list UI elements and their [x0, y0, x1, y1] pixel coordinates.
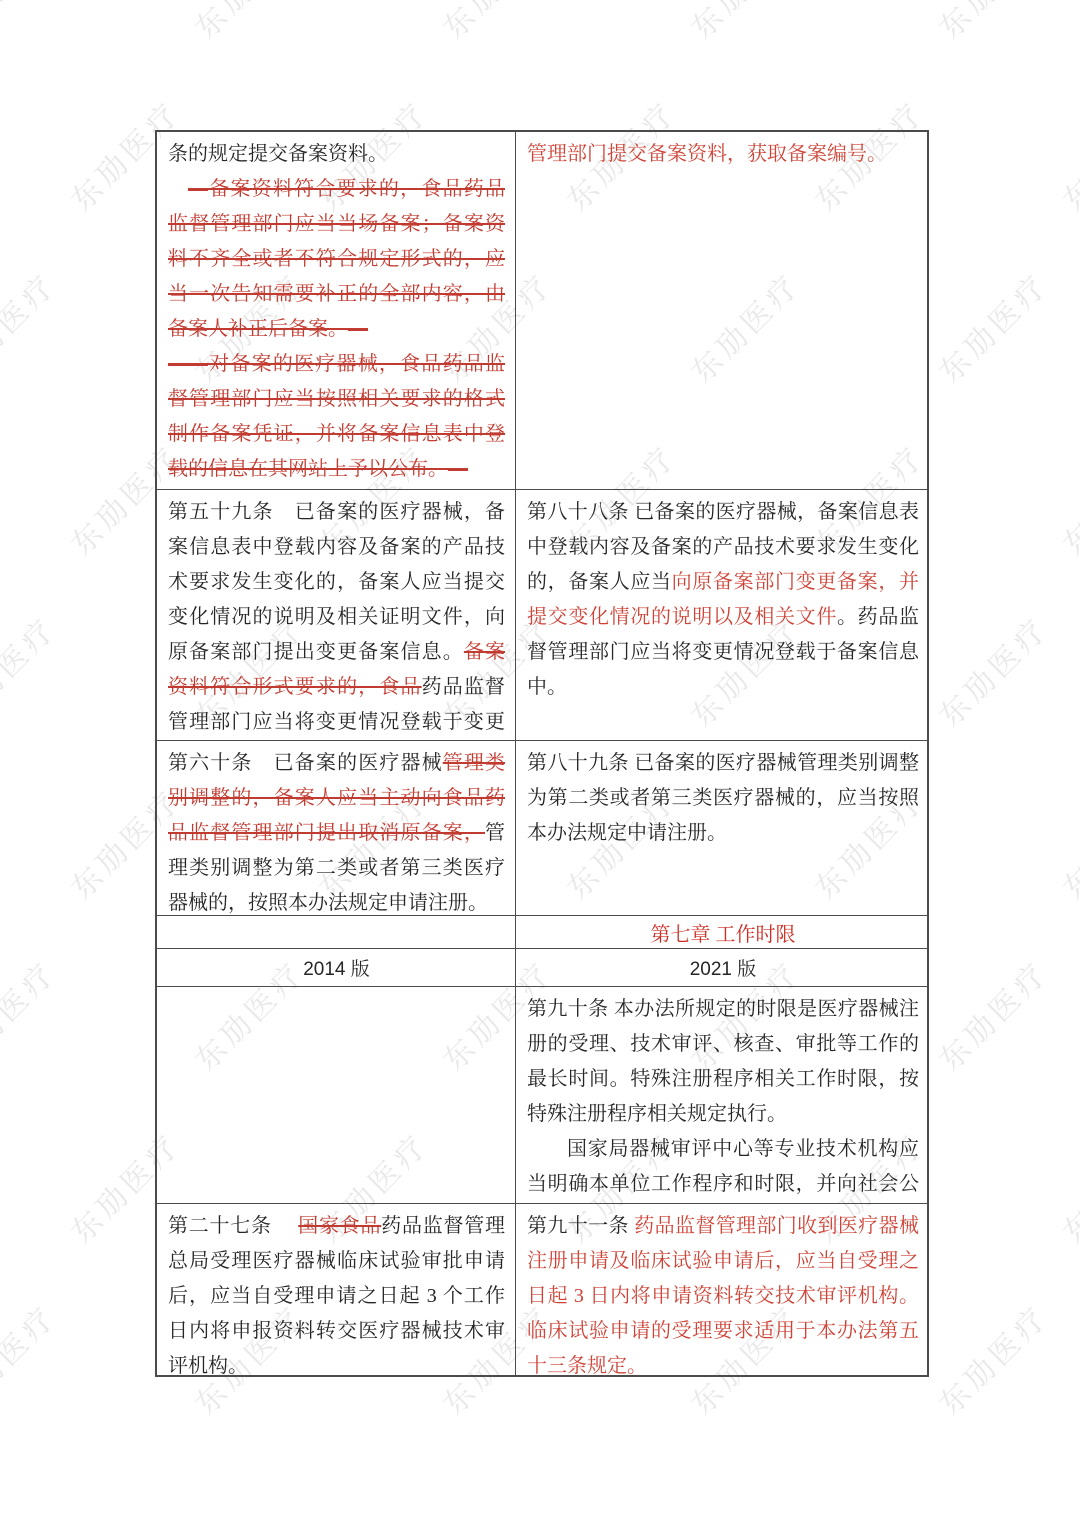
- text-segment-normal: 第九十条 本办法所规定的时限是医疗器械注册的受理、技术审评、核查、审批等工作的最…: [527, 998, 919, 1125]
- text-segment-deleted: —备案资料符合要求的，食品药品监督管理部门应当当场备案；备案资料不齐全或者不符合…: [168, 178, 505, 340]
- paragraph: 2021 版: [527, 954, 919, 981]
- paragraph: 条的规定提交备案资料。: [168, 137, 505, 172]
- watermark-text: 东劢医疗: [1051, 777, 1080, 907]
- regulation-comparison-table: 条的规定提交备案资料。—备案资料符合要求的，食品药品监督管理部门应当当场备案；备…: [155, 130, 929, 1377]
- watermark-text: 东劢医疗: [0, 949, 65, 1079]
- watermark-text: 东劢医疗: [1051, 89, 1080, 219]
- chapter-7-heading-row-right-2021-cell: 第七章 工作时限: [515, 915, 929, 948]
- paragraph: 第八十九条 已备案的医疗器械管理类别调整为第二类或者第三类医疗器械的，应当按照本…: [527, 746, 919, 851]
- watermark-text: 东劢医疗: [0, 0, 65, 47]
- article-27-vs-91-row-right-2021-cell: 第九十一条 药品监督管理部门收到医疗器械注册申请及临床试验申请后，应当自受理之日…: [515, 1203, 929, 1375]
- article-59-vs-88-row-left-2014-cell: 第五十九条 已备案的医疗器械，备案信息表中登载内容及备案的产品技术要求发生变化的…: [157, 489, 515, 740]
- text-segment-normal: 国家局器械审评中心等专业技术机构应当明确本单位工作程序和时限，并向社会公布。: [527, 1138, 919, 1203]
- watermark-text: 东劢医疗: [927, 949, 1057, 1079]
- text-segment-normal: 第八十九条 已备案的医疗器械管理类别调整为第二类或者第三类医疗器械的，应当按照本…: [527, 752, 919, 844]
- watermark-text: 东劢医疗: [1051, 433, 1080, 563]
- text-segment-normal: 第九十一条: [527, 1215, 634, 1237]
- article-59-vs-88-row-right-2021-cell: 第八十八条 已备案的医疗器械，备案信息表中登载内容及备案的产品技术要求发生变化的…: [515, 489, 929, 740]
- text-segment-normal: 第五十九条 已备案的医疗器械，备案信息表中登载内容及备案的产品技术要求发生变化的…: [168, 501, 505, 663]
- continued-clause-row-left-2014-cell: 条的规定提交备案资料。—备案资料符合要求的，食品药品监督管理部门应当当场备案；备…: [157, 132, 515, 489]
- paragraph: 管理部门提交备案资料，获取备案编号。: [527, 137, 919, 172]
- article-90-row-right-2021-cell: 第九十条 本办法所规定的时限是医疗器械注册的受理、技术审评、核查、审批等工作的最…: [515, 986, 929, 1203]
- watermark-text: 东劢医疗: [927, 1293, 1057, 1423]
- paragraph: 第五十九条 已备案的医疗器械，备案信息表中登载内容及备案的产品技术要求发生变化的…: [168, 495, 505, 740]
- version-header-row-right-2021-cell: 2021 版: [515, 948, 929, 986]
- paragraph: 第九十条 本办法所规定的时限是医疗器械注册的受理、技术审评、核查、审批等工作的最…: [527, 992, 919, 1132]
- article-90-row-left-2014-cell: [157, 986, 515, 1203]
- text-segment-added: 药品监督管理部门收到医疗器械注册申请及临床试验申请后，应当自受理之日起 3 日内…: [527, 1215, 919, 1375]
- continued-clause-row-right-2021-cell: 管理部门提交备案资料，获取备案编号。: [515, 132, 929, 489]
- article-60-vs-89-row-right-2021-cell: 第八十九条 已备案的医疗器械管理类别调整为第二类或者第三类医疗器械的，应当按照本…: [515, 740, 929, 915]
- paragraph: 第七章 工作时限: [527, 918, 919, 947]
- text-segment-deleted: ——对备案的医疗器械，食品药品监督管理部门应当按照相关要求的格式制作备案凭证，并…: [168, 353, 505, 480]
- watermark-text: 东劢医疗: [431, 0, 561, 47]
- document-page: 东劢医疗东劢医疗东劢医疗东劢医疗东劢医疗东劢医疗东劢医疗东劢医疗东劢医疗东劢医疗…: [0, 0, 1080, 1527]
- text-segment-normal: 条的规定提交备案资料。: [168, 143, 388, 165]
- watermark-text: 东劢医疗: [1051, 1121, 1080, 1251]
- paragraph: 第二十七条 国家食品药品监督管理总局受理医疗器械临床试验审批申请后，应当自受理申…: [168, 1209, 505, 1375]
- article-27-vs-91-row-left-2014-cell: 第二十七条 国家食品药品监督管理总局受理医疗器械临床试验审批申请后，应当自受理申…: [157, 1203, 515, 1375]
- text-segment-added: 管理部门提交备案资料，获取备案编号。: [527, 143, 887, 165]
- paragraph: 第九十一条 药品监督管理部门收到医疗器械注册申请及临床试验申请后，应当自受理之日…: [527, 1209, 919, 1375]
- version-header-row-left-2014-cell: 2014 版: [157, 948, 515, 986]
- watermark-text: 东劢医疗: [183, 0, 313, 47]
- chapter-7-heading-row-left-2014-cell: [157, 915, 515, 948]
- paragraph: 第六十条 已备案的医疗器械管理类别调整的，备案人应当主动向食品药品监督管理部门提…: [168, 746, 505, 915]
- text-segment-normal: 第二十七条: [168, 1215, 298, 1237]
- watermark-text: 东劢医疗: [927, 0, 1057, 47]
- article-60-vs-89-row-left-2014-cell: 第六十条 已备案的医疗器械管理类别调整的，备案人应当主动向食品药品监督管理部门提…: [157, 740, 515, 915]
- paragraph: ——对备案的医疗器械，食品药品监督管理部门应当按照相关要求的格式制作备案凭证，并…: [168, 347, 505, 487]
- watermark-text: 东劢医疗: [927, 605, 1057, 735]
- paragraph: —备案资料符合要求的，食品药品监督管理部门应当当场备案；备案资料不齐全或者不符合…: [168, 172, 505, 347]
- watermark-text: 东劢医疗: [0, 261, 65, 391]
- watermark-text: 东劢医疗: [679, 0, 809, 47]
- text-segment-normal: 第六十条 已备案的医疗器械: [168, 752, 443, 774]
- text-segment-chapter: 第七章 工作时限: [651, 924, 796, 946]
- text-segment-normal: 药品监督管理总局受理医疗器械临床试验审批申请后，应当自受理申请之日起 3 个工作…: [168, 1215, 505, 1375]
- text-segment-deleted: 国家食品: [298, 1215, 381, 1237]
- paragraph: 2014 版: [168, 954, 505, 981]
- text-segment-version: 2014 版: [303, 959, 370, 980]
- paragraph: 第八十八条 已备案的医疗器械，备案信息表中登载内容及备案的产品技术要求发生变化的…: [527, 495, 919, 705]
- text-segment-version: 2021 版: [690, 959, 757, 980]
- paragraph: 国家局器械审评中心等专业技术机构应当明确本单位工作程序和时限，并向社会公布。: [527, 1132, 919, 1203]
- watermark-text: 东劢医疗: [0, 605, 65, 735]
- watermark-text: 东劢医疗: [927, 261, 1057, 391]
- watermark-text: 东劢医疗: [0, 1293, 65, 1423]
